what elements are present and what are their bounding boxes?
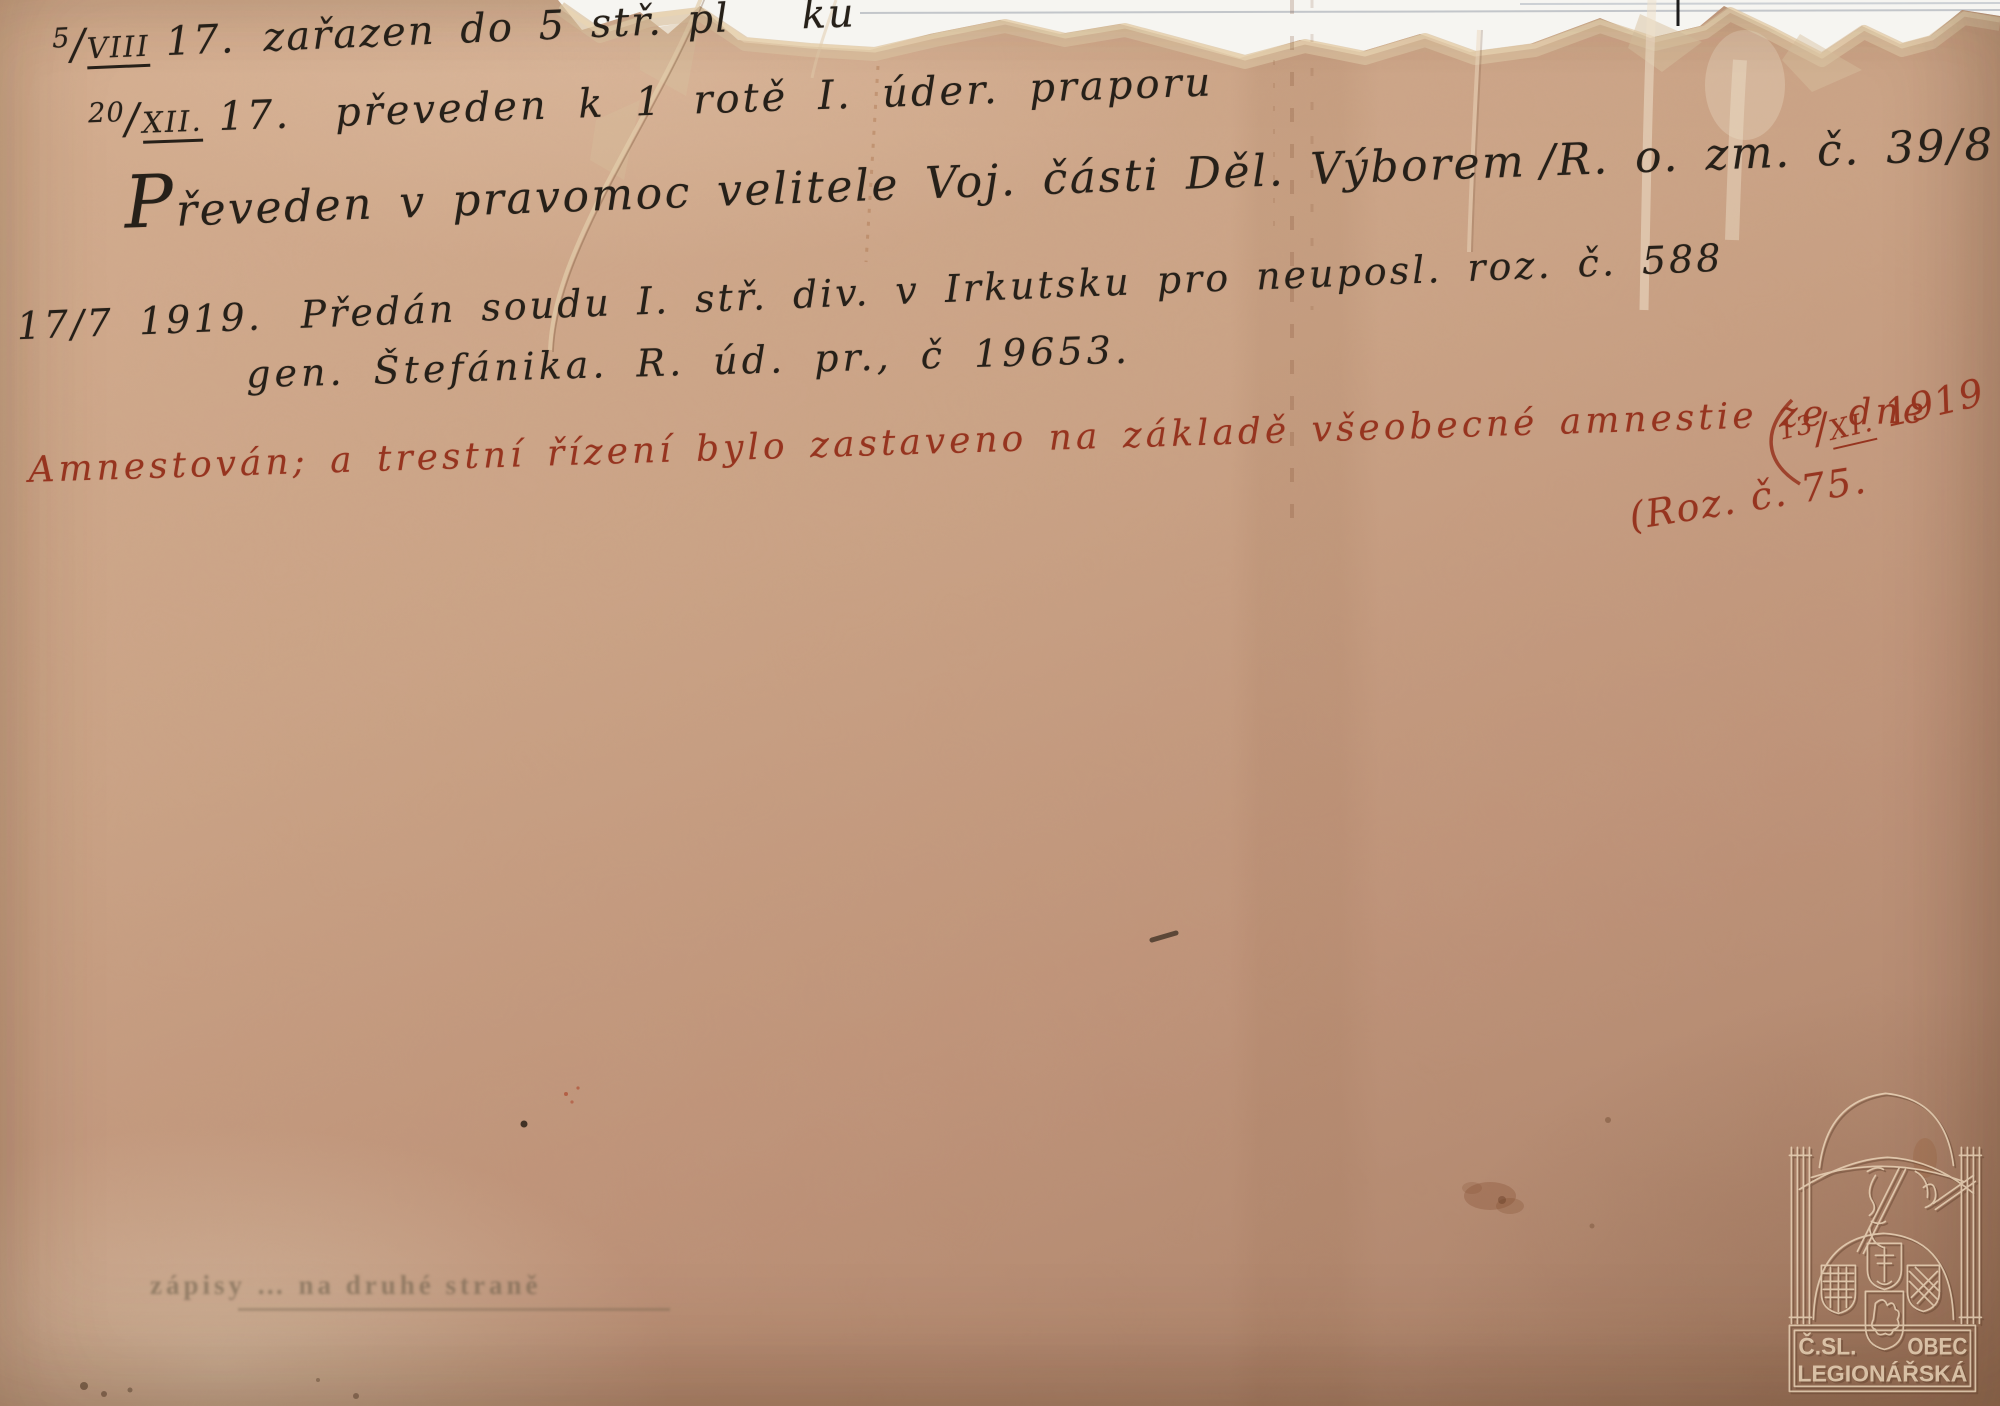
legionnaire-emblem-stamp: Č.SL. OBEC LEGIONÁŘSKÁ bbox=[1788, 1076, 1988, 1398]
entry-date: 20/XII. bbox=[88, 95, 204, 145]
faint-offset-text: zápisy … na druhé straně bbox=[150, 1270, 542, 1301]
entry-date: 5/VIII bbox=[51, 20, 150, 70]
scanned-archive-card: 5/VIII17.zařazen do 5 stř. plku 20/XII.1… bbox=[0, 0, 2000, 1406]
faint-offset-underline bbox=[238, 1308, 670, 1311]
entry-text-after-tear: ku bbox=[801, 0, 857, 38]
entry-year: 17. bbox=[165, 16, 236, 65]
entry-year: 17. bbox=[218, 92, 292, 141]
